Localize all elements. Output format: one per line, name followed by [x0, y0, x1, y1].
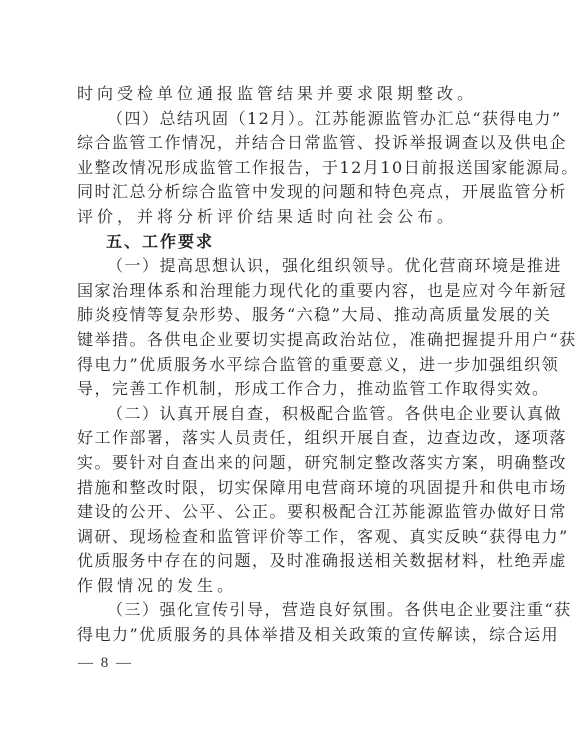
page-number: — 8 — — [78, 654, 133, 672]
body-text: 时向受检单位通报监管结果并要求限期整改。 （四）总结巩固（12月）。江苏能源监管… — [77, 82, 505, 648]
paragraph-line: 好工作部署，落实人员责任，组织开展自查，边查边改，逐项落 — [77, 426, 505, 451]
subsection-2-line: （二）认真开展自查，积极配合监管。各供电企业要认真做 — [77, 402, 505, 427]
paragraph-line: 评价，并将分析评价结果适时向社会公布。 — [77, 205, 505, 230]
paragraph-line: 得电力”优质服务水平综合监管的重要意义，进一步加强组织领 — [77, 353, 505, 378]
paragraph-line: 同时汇总分析综合监管中发现的问题和特色亮点，开展监管分析 — [77, 180, 505, 205]
paragraph-line: 肺炎疫情等复杂形势、服务“六稳”大局、推动高质量发展的关 — [77, 303, 505, 328]
document-page: 时向受检单位通报监管结果并要求限期整改。 （四）总结巩固（12月）。江苏能源监管… — [0, 0, 580, 729]
section-4-title-line: （四）总结巩固（12月）。江苏能源监管办汇总“获得电力” — [77, 107, 505, 132]
paragraph-line: 业整改情况形成监管工作报告，于12月10日前报送国家能源局。 — [77, 156, 505, 181]
subsection-3-line: （三）强化宣传引导，营造良好氛围。各供电企业要注重“获 — [77, 598, 505, 623]
paragraph-line: 时向受检单位通报监管结果并要求限期整改。 — [77, 82, 505, 107]
paragraph-line: 得电力”优质服务的具体举措及相关政策的宣传解读，综合运用 — [77, 623, 505, 648]
paragraph-line: 综合监管工作情况，并结合日常监管、投诉举报调查以及供电企 — [77, 131, 505, 156]
paragraph-line: 调研、现场检查和监管评价等工作，客观、真实反映“获得电力” — [77, 525, 505, 550]
paragraph-line: 建设的公开、公平、公正。要积极配合江苏能源监管办做好日常 — [77, 500, 505, 525]
paragraph-line: 措施和整改时限，切实保障用电营商环境的巩固提升和供电市场 — [77, 476, 505, 501]
section-heading: 五、工作要求 — [77, 230, 505, 255]
paragraph-line: 作假情况的发生。 — [77, 574, 505, 599]
paragraph-line: 导，完善工作机制，形成工作合力，推动监管工作取得实效。 — [77, 377, 505, 402]
paragraph-line: 实。要针对自查出来的问题，研究制定整改落实方案，明确整改 — [77, 451, 505, 476]
subsection-1-line: （一）提高思想认识，强化组织领导。优化营商环境是推进 — [77, 254, 505, 279]
paragraph-line: 国家治理体系和治理能力现代化的重要内容，也是应对今年新冠 — [77, 279, 505, 304]
paragraph-line: 优质服务中存在的问题，及时准确报送相关数据材料，杜绝弄虚 — [77, 549, 505, 574]
paragraph-line: 键举措。各供电企业要切实提高政治站位，准确把握提升用户“获 — [77, 328, 505, 353]
